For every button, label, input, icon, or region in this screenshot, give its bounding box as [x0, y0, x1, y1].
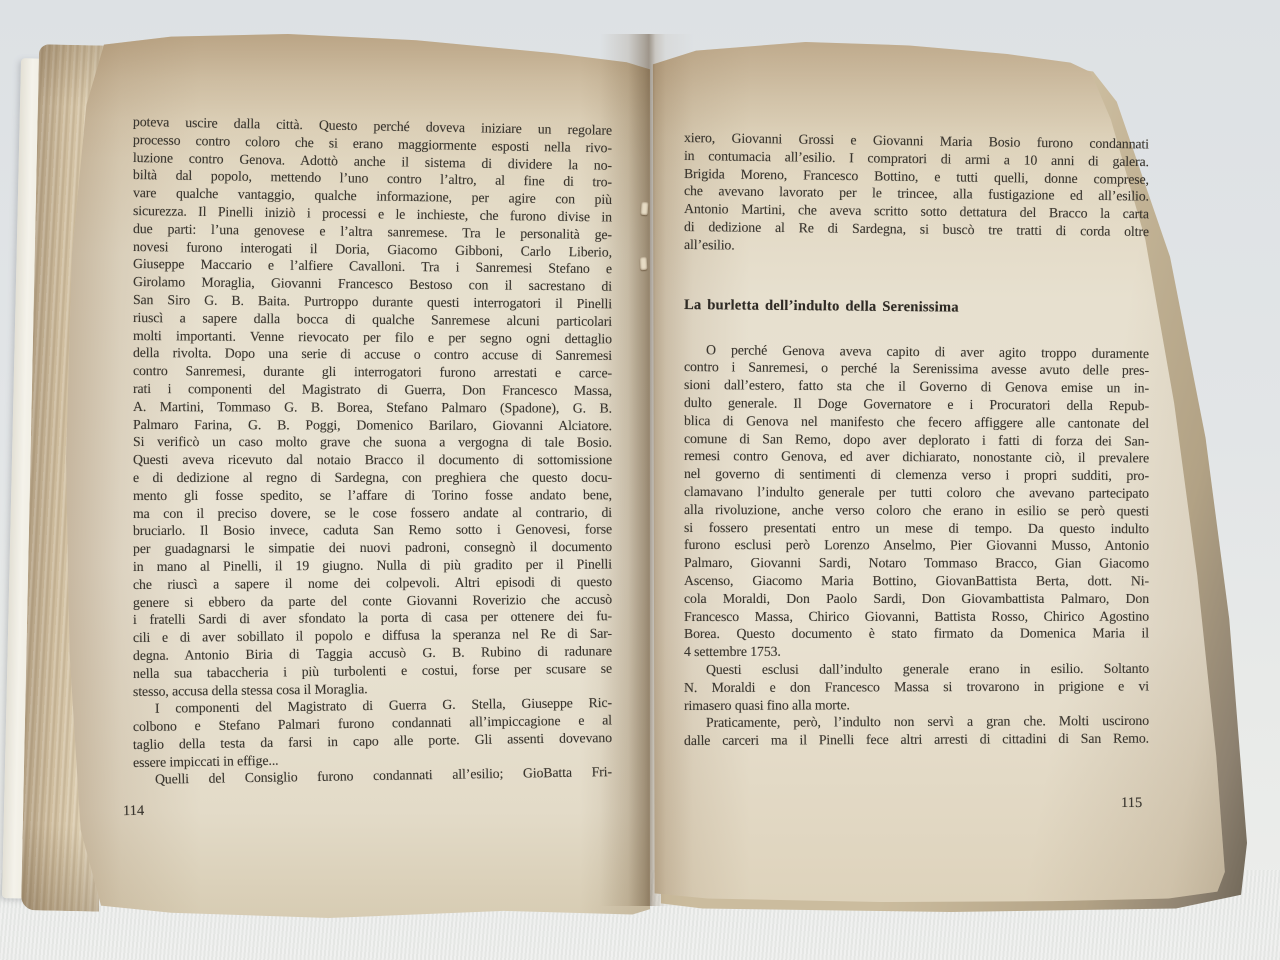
paragraph: Quelli del Consiglio furono condannati a… [133, 771, 612, 789]
text-line: clamavano l’indulto generale per tutti c… [684, 483, 1149, 503]
text-line: A. Martini, Tommaso G. B. Borea, Stefano… [133, 398, 612, 417]
text-line: Si verificò un caso molto grave che suon… [133, 433, 612, 451]
text-line: furono esclusi però Lorenzo Anselmo, Pie… [684, 536, 1149, 555]
text-line: alla rivoluzione, anche verso coloro che… [684, 501, 1149, 520]
paragraph: Praticamente, però, l’indulto non servì … [684, 714, 1149, 750]
text-line: mento gli fosse spedito, se l’affare di … [133, 486, 612, 505]
text-line: si fossero presentati entro un mese di t… [684, 519, 1149, 538]
text-line: nel governo di sentimenti di clemenza ve… [684, 465, 1149, 485]
binding-stitch [640, 257, 648, 270]
text-line: Palmaro, Giovanni Sardi, Notaro Tommaso … [684, 554, 1149, 572]
text-line: Palmaro Farina, G. B. Poggi, Domenico Ba… [133, 416, 612, 435]
paragraph: Questi esclusi dall’indulto generale era… [684, 661, 1149, 714]
page-number: 115 [1121, 795, 1142, 812]
text-line: Borea. Questo documento è stato firmato … [684, 625, 1149, 643]
paragraph: I componenti del Magistrato di Guerra G.… [133, 700, 612, 771]
section-heading: La burletta dell’indulto della Serenissi… [684, 296, 1149, 318]
book-photo: poteva uscire dalla città. Questo perché… [0, 0, 1280, 960]
text-line: Questi esclusi dall’indulto generale era… [684, 660, 1149, 679]
text-line: bruciarlo. Il Bosio invece, caduta San R… [133, 521, 612, 540]
text-line: ma con il preciso dovere, se le cose fos… [133, 503, 612, 522]
text-line: rati i componenti del Magistrato di Guer… [133, 380, 612, 400]
text-line: Francesco Massa, Chirico Giovanni, Batti… [684, 607, 1149, 625]
paragraph: O perché Genova aveva capito di aver agi… [684, 341, 1149, 661]
left-page-text: poteva uscire dalla città. Questo perché… [133, 113, 612, 789]
paragraph: poteva uscire dalla città. Questo perché… [133, 113, 612, 700]
text-line: e di dedizione al regno di Sardegna, con… [133, 469, 612, 487]
text-line: Questi aveva ricevuto dal notaio Bracco … [133, 451, 612, 469]
page-number: 114 [123, 803, 144, 820]
text-line: 4 settembre 1753. [684, 642, 1149, 661]
paragraph: xiero, Giovanni Grossi e Giovanni Maria … [684, 129, 1149, 254]
text-line: N. Moraldi e don Francesco Massa si trov… [684, 677, 1149, 696]
right-page-text: xiero, Giovanni Grossi e Giovanni Maria … [684, 129, 1149, 750]
text-line: cola Moraldi, Don Paolo Sardi, Don Giova… [684, 590, 1149, 608]
text-line: blica di Genova nel manifesto che fecero… [684, 412, 1149, 433]
text-line: Ascenso, Giacomo Maria Bottino, GiovanBa… [684, 572, 1149, 590]
text-line: all’esilio. [684, 236, 1149, 259]
text-line: dalle carceri ma il Pinelli fece altri a… [684, 730, 1149, 750]
binding-stitch [641, 202, 649, 215]
